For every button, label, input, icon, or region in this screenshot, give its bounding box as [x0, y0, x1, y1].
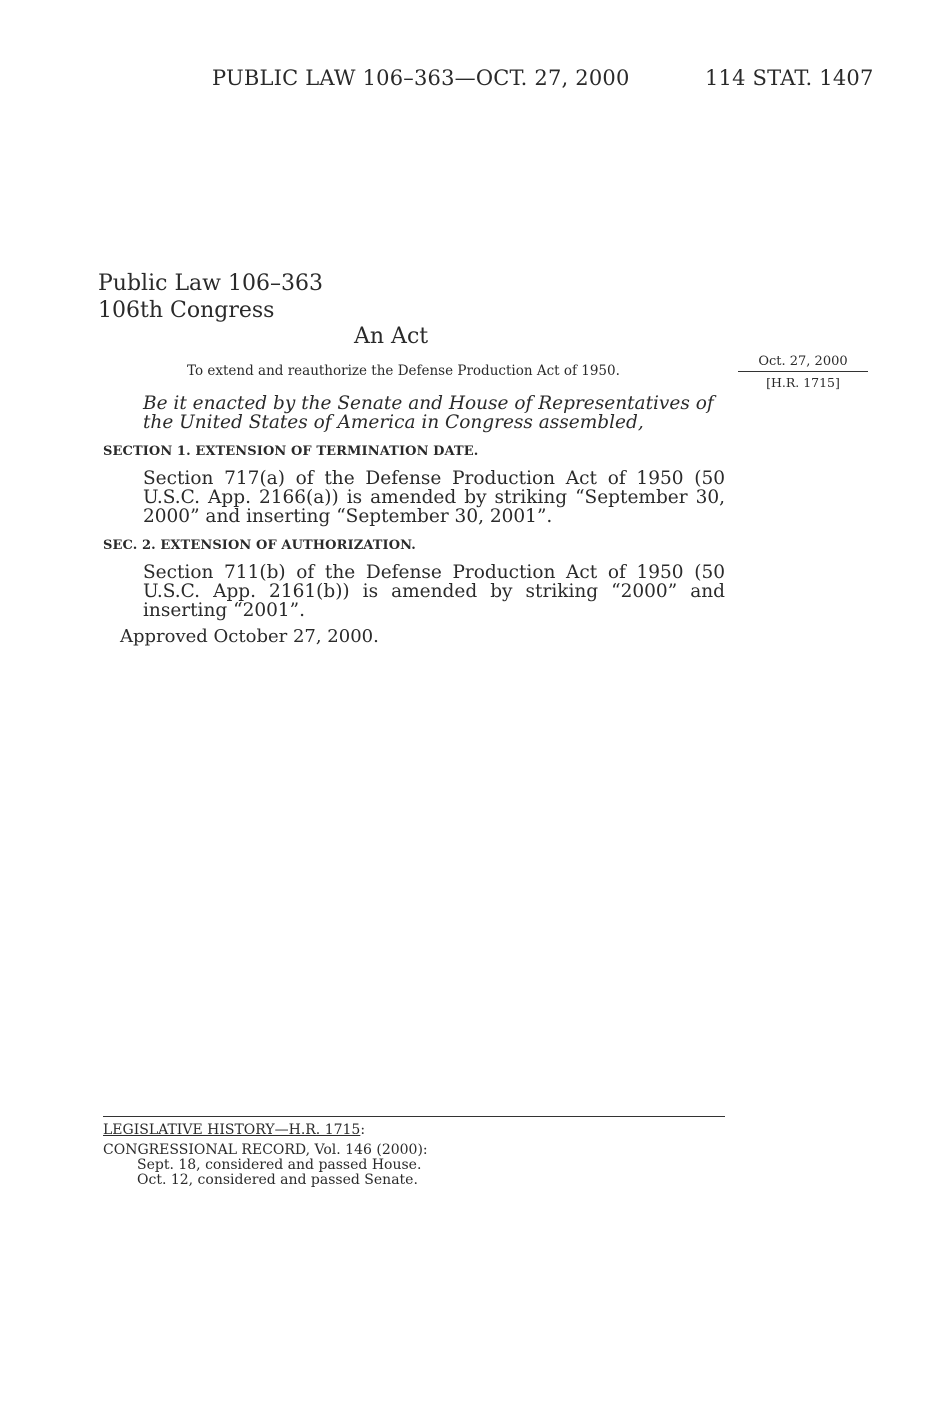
history-entry: Sept. 18, considered and passed House.: [103, 1158, 428, 1173]
section-1-text: Section 717(a) of the Defense Production…: [103, 469, 725, 526]
congressional-record: CONGRESSIONAL RECORD, Vol. 146 (2000):: [103, 1143, 428, 1158]
running-head-page-number: 114 STAT. 1407: [705, 66, 874, 90]
approval-date: Approved October 27, 2000.: [120, 626, 379, 647]
margin-note-bill: [H.R. 1715]: [738, 375, 868, 390]
footnote-divider: [103, 1116, 725, 1117]
law-number: Public Law 106–363: [98, 271, 323, 297]
section-1-heading: SECTION 1. EXTENSION OF TERMINATION DATE…: [103, 444, 725, 459]
enacting-clause: Be it enacted by the Senate and House of…: [103, 394, 725, 432]
act-purpose: To extend and reauthorize the Defense Pr…: [187, 363, 620, 379]
margin-note: Oct. 27, 2000 [H.R. 1715]: [738, 354, 868, 390]
section-2-heading: SEC. 2. EXTENSION OF AUTHORIZATION.: [103, 538, 725, 553]
history-entry: Oct. 12, considered and passed Senate.: [103, 1173, 428, 1188]
act-title: An Act: [354, 324, 428, 349]
legislative-history-title: LEGISLATIVE HISTORY—H.R. 1715: [103, 1122, 360, 1138]
section-2-text: Section 711(b) of the Defense Production…: [103, 563, 725, 620]
margin-note-divider: [738, 371, 868, 372]
legislative-history: LEGISLATIVE HISTORY—H.R. 1715: CONGRESSI…: [103, 1123, 428, 1188]
congress-number: 106th Congress: [98, 298, 274, 324]
running-head-left: PUBLIC LAW 106–363—OCT. 27, 2000: [212, 66, 630, 90]
margin-note-date: Oct. 27, 2000: [738, 354, 868, 369]
